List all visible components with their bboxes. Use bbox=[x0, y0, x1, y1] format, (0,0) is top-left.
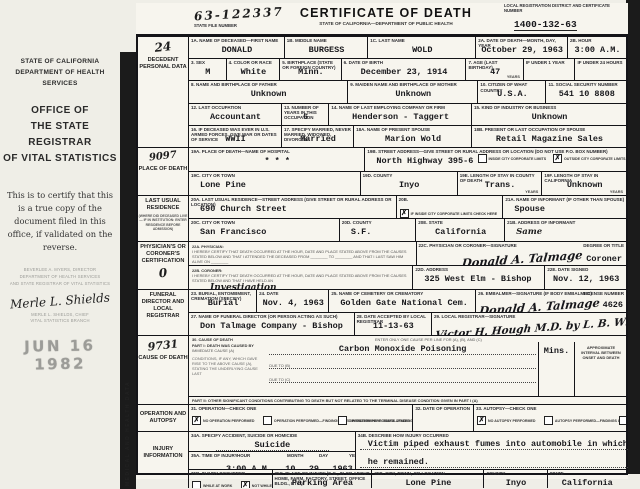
field-embalmer: 26. EMBALMER—SIGNATURE (IF BODY EMBALMED… bbox=[475, 290, 626, 312]
stub-injury-information-label: INJURY INFORMATION bbox=[143, 446, 182, 459]
autopsy-findings-used-label: AUTOPSY PERFORMED—FINDINGS USED IN DETER… bbox=[555, 419, 611, 423]
row-death-place: 19A. PLACE OF DEATH—NAME OF HOSPITAL* * … bbox=[189, 148, 626, 171]
stub-decedent: 24 DECEDENT PERSONAL DATA bbox=[138, 37, 189, 147]
field-label: 34B. DESCRIBE HOW INJURY OCCURRED bbox=[358, 433, 631, 438]
field-label: 19D. COUNTY bbox=[363, 173, 456, 178]
field-armed-forces: 16. IF DECEASED WAS EVER IN U.S. ARMED F… bbox=[189, 126, 281, 147]
field-label: 18A. NAME OF PRESENT SPOUSE bbox=[356, 127, 470, 132]
stub-certification: PHYSICIAN'S OR CORONER'S CERTIFICATION 0 bbox=[138, 242, 189, 289]
field-label: 20B. bbox=[399, 197, 502, 202]
field-value: WOLD bbox=[371, 45, 473, 55]
inside-city-checkbox-label: INSIDE CITY CORPORATE LIMITS bbox=[489, 157, 545, 161]
while-at-work-checkbox bbox=[192, 481, 201, 488]
chief-line1: MERLE L. SHIELDS, CHIEF bbox=[31, 312, 89, 317]
field-label: IF UNDER 24 HOURS bbox=[577, 60, 625, 65]
field-local-registrar-signature: 29. LOCAL REGISTRAR—SIGNATUREVictor H. H… bbox=[431, 313, 626, 335]
field-burial-date: 24. DATENov. 4, 1963 bbox=[256, 290, 328, 312]
field-value: San Francisco bbox=[192, 227, 337, 237]
stub-residence-note: (WHERE DID DECEASED LIVE — IF IN INSTITU… bbox=[138, 214, 188, 232]
field-date-of-death: 2A. DATE OF DEATH—MONTH, DAY, YEAROctobe… bbox=[475, 37, 567, 58]
field-middle-name: 1B. MIDDLE NAMEBURGESS bbox=[284, 37, 368, 58]
field-value: Inyo bbox=[487, 478, 544, 488]
field-informant-address: 21B. ADDRESS OF INFORMANTSame bbox=[504, 219, 626, 241]
field-value: DONALD bbox=[192, 45, 282, 55]
field-injury-county: COUNTYInyo bbox=[483, 470, 546, 488]
year-value: 1963 bbox=[332, 464, 352, 469]
field-label: 20A. LAST USUAL RESIDENCE—STREET ADDRESS… bbox=[191, 197, 395, 207]
registration-number-box: LOCAL REGISTRATION DISTRICT AND CERTIFIC… bbox=[504, 4, 624, 32]
row-occupation: 12. LAST OCCUPATIONAccountant 13. NUMBER… bbox=[189, 103, 626, 125]
stub-injury-information: INJURY INFORMATION bbox=[138, 432, 189, 488]
field-hospital: 19A. PLACE OF DEATH—NAME OF HOSPITAL* * … bbox=[189, 148, 364, 171]
field-describe-injury: 34B. DESCRIBE HOW INJURY OCCURRED Victim… bbox=[356, 432, 632, 469]
field-label: 35B. INJURY OCCURRED bbox=[191, 471, 271, 476]
field-date-of-birth: 6. DATE OF BIRTHDecember 23, 1914 bbox=[341, 59, 466, 80]
section-operation-autopsy: OPERATION AND AUTOPSY 31. OPERATION—CHEC… bbox=[138, 404, 626, 431]
field-value: M bbox=[192, 67, 224, 77]
field-label: 21B. ADDRESS OF INFORMANT bbox=[507, 220, 625, 225]
state-file-number-value: 63-122337 bbox=[194, 5, 284, 24]
row-operation-autopsy: 31. OPERATION—CHECK ONE ✗NO OPERATION PE… bbox=[189, 405, 626, 431]
field-label: 2B. HOUR bbox=[570, 38, 625, 43]
field-autopsy: 33. AUTOPSY—CHECK ONE ✗NO AUTOPSY PERFOR… bbox=[473, 405, 626, 431]
stub-funeral-director: FUNERAL DIRECTOR AND LOCAL REGISTRAR bbox=[138, 290, 189, 335]
field-marital-status: 17. SPECIFY MARRIED, NEVER MARRIED, WIDO… bbox=[281, 126, 353, 147]
field-label: 34A. SPECIFY ACCIDENT, SUICIDE OR HOMICI… bbox=[191, 433, 354, 438]
section-last-usual-residence: LAST USUAL RESIDENCE (WHERE DID DECEASED… bbox=[138, 195, 626, 241]
section-cause-of-death: 9731 CAUSE OF DEATH 30. CAUSE OF DEATH E… bbox=[138, 335, 626, 404]
hour-value: 3:00 A.M. bbox=[226, 464, 272, 469]
outside-city-checkbox-label: OUTSIDE CITY CORPORATE LIMITS bbox=[564, 157, 620, 161]
field-hour-of-death: 2B. HOUR3:00 A.M. bbox=[567, 37, 626, 58]
field-label: 12. LAST OCCUPATION bbox=[191, 105, 280, 110]
no-autopsy-label: NO AUTOPSY PERFORMED bbox=[488, 419, 535, 423]
injury-left: 34A. SPECIFY ACCIDENT, SUICIDE OR HOMICI… bbox=[189, 432, 356, 469]
field-label: 24. DATE bbox=[259, 291, 327, 296]
field-label: 3. SEX bbox=[191, 60, 225, 65]
row-residence-city: 20C. CITY OR TOWNSan Francisco 20D. COUN… bbox=[189, 218, 626, 241]
field-label: 10. CITIZEN OF WHAT COUNTRY bbox=[480, 82, 544, 92]
field-label: 27. NAME OF FUNERAL DIRECTOR (OR PERSON … bbox=[191, 314, 353, 319]
not-while-at-work-label: NOT WHILE AT WORK bbox=[252, 484, 272, 488]
field-value: Marion Wold bbox=[357, 134, 469, 144]
registration-number-value: 1400-132-63 bbox=[514, 19, 577, 31]
field-label: 22D. ADDRESS bbox=[415, 267, 543, 272]
row-marital: 16. IF DECEASED WAS EVER IN U.S. ARMED F… bbox=[189, 125, 626, 147]
row-residence-street: 20A. LAST USUAL RESIDENCE—STREET ADDRESS… bbox=[189, 196, 626, 218]
field-label: 32. DATE OF OPERATION bbox=[415, 406, 472, 411]
handwritten-code-9097: 9097 bbox=[137, 148, 188, 166]
field-value: Accountant bbox=[192, 112, 279, 122]
res-inside-city-checkbox: ✗ bbox=[400, 209, 409, 218]
form-subtitle: STATE OF CALIFORNIA—DEPARTMENT OF PUBLIC… bbox=[286, 21, 486, 26]
stub-place-of-death-label: PLACE OF DEATH bbox=[139, 166, 188, 172]
state-file-number-label: STATE FILE NUMBER bbox=[194, 24, 284, 29]
field-label: 5. BIRTHPLACE (STATE OR FOREIGN COUNTRY) bbox=[282, 60, 339, 70]
office-line1: OFFICE OF bbox=[31, 105, 89, 116]
describe-injury-line2: he remained. bbox=[360, 457, 628, 468]
degree-title-value: Coroner bbox=[586, 254, 622, 264]
director-line3: AND STATE REGISTRAR OF VITAL STATISTICS bbox=[10, 281, 110, 286]
while-at-work-label: WHILE AT WORK bbox=[203, 484, 232, 488]
field-cemetery: 25. NAME OF CEMETERY OR CREMATORYGolden … bbox=[328, 290, 475, 312]
field-label: 4. COLOR OR RACE bbox=[229, 60, 279, 65]
field-accident-suicide-homicide: 34A. SPECIFY ACCIDENT, SUICIDE OR HOMICI… bbox=[189, 432, 355, 451]
stub-place-of-death: 9097 PLACE OF DEATH bbox=[138, 148, 189, 195]
stub-cause-of-death-label: CAUSE OF DEATH bbox=[138, 355, 187, 361]
field-value: Unknown bbox=[475, 112, 624, 122]
field-employer: 14. NAME OF LAST EMPLOYING COMPANY OR FI… bbox=[328, 104, 471, 125]
certificate-sheet: 63-122337 STATE FILE NUMBER CERTIFICATE … bbox=[136, 3, 628, 479]
section-decedent-personal-data: 24 DECEDENT PERSONAL DATA 1A. NAME OF DE… bbox=[138, 36, 626, 147]
field-label: 16. IF DECEASED WAS EVER IN U.S. ARMED F… bbox=[191, 127, 280, 143]
field-stay-in-county: 19E. LENGTH OF STAY IN COUNTY OF DEATHTr… bbox=[457, 172, 542, 195]
license-number-value: 4626 bbox=[603, 300, 623, 310]
coroner-statement-text: I HEREBY CERTIFY THAT DEATH OCCURRED AT … bbox=[192, 273, 410, 283]
field-value: California bbox=[551, 478, 624, 488]
row-death-city: 19C. CITY OR TOWNLone Pine 19D. COUNTYIn… bbox=[189, 171, 626, 195]
field-physician-statement: 22A. PHYSICIAN: I HEREBY CERTIFY THAT DE… bbox=[189, 242, 416, 265]
field-value: Henderson - Taggert bbox=[332, 112, 469, 122]
field-coroner-statement: 22B. CORONER: I HEREBY CERTIFY THAT DEAT… bbox=[189, 266, 412, 289]
field-label: 21A. NAME OF INFORMANT (IF OTHER THAN SP… bbox=[505, 197, 625, 202]
field-label: 19F. LENGTH OF STAY IN CALIFORNIA bbox=[544, 173, 625, 183]
field-label: 17. SPECIFY MARRIED, NEVER MARRIED, WIDO… bbox=[284, 127, 352, 143]
director-lines: BEVERLEE A. MYERS, DIRECTOR DEPARTMENT O… bbox=[0, 267, 120, 287]
describe-injury-line1: Victim piped exhaust fumes into automobi… bbox=[360, 439, 628, 450]
operation-findings-used-checkbox bbox=[263, 416, 272, 425]
due-to-b-label: DUE TO (B) bbox=[269, 363, 536, 369]
due-to-c-label: DUE TO (C) bbox=[269, 377, 536, 383]
chief-line2: VITAL STATISTICS BRANCH bbox=[30, 318, 89, 323]
chief-lines: MERLE L. SHIELDS, CHIEF VITAL STATISTICS… bbox=[0, 312, 120, 325]
field-label: 11. SOCIAL SECURITY NUMBER bbox=[548, 82, 625, 87]
interval-value: Mins. bbox=[539, 346, 574, 356]
field-label: IF UNDER 1 YEAR bbox=[526, 60, 574, 65]
field-label: 18B. PRESENT OR LAST OCCUPATION OF SPOUS… bbox=[474, 127, 625, 132]
field-label: 19A. PLACE OF DEATH—NAME OF HOSPITAL bbox=[191, 149, 363, 154]
field-label: 20E. STATE bbox=[418, 220, 503, 225]
field-value: Lone Pine bbox=[192, 180, 358, 190]
field-spouse-occupation: 18B. PRESENT OR LAST OCCUPATION OF SPOUS… bbox=[471, 126, 626, 147]
field-label: 9. MAIDEN NAME AND BIRTHPLACE OF MOTHER bbox=[350, 82, 476, 87]
registration-number-label: LOCAL REGISTRATION DISTRICT AND CERTIFIC… bbox=[504, 4, 624, 14]
no-operation-checkbox: ✗ bbox=[192, 416, 201, 425]
field-injury-city: 35D. CITY, TOWN, OR LOCATIONLone Pine bbox=[371, 470, 483, 488]
field-injury-occurred: 35B. INJURY OCCURRED WHILE AT WORK ✗NOT … bbox=[189, 470, 272, 488]
field-industry: 15. KIND OF INDUSTRY OR BUSINESSUnknown bbox=[471, 104, 626, 125]
registrar-chief-signature: Merle L. Shields bbox=[0, 289, 120, 311]
field-stay-in-california: 19F. LENGTH OF STAY IN CALIFORNIAUnknown… bbox=[541, 172, 626, 195]
field-label: 1B. MIDDLE NAME bbox=[287, 38, 367, 43]
field-residence-street: 20A. LAST USUAL RESIDENCE—STREET ADDRESS… bbox=[189, 196, 396, 218]
dept-line2: DEPARTMENT OF HEALTH SERVICES bbox=[15, 69, 104, 87]
cause-part1-labels: PART I: DEATH WAS CAUSED BY IMMEDIATE CA… bbox=[189, 342, 267, 396]
director-line2: DEPARTMENT OF HEALTH SERVICES bbox=[20, 274, 101, 279]
field-if-under-24-hours: IF UNDER 24 HOURS bbox=[574, 59, 626, 80]
field-value: Retail Magazine Sales bbox=[475, 134, 624, 144]
field-value: Spouse bbox=[506, 204, 624, 214]
stub-residence: LAST USUAL RESIDENCE (WHERE DID DECEASED… bbox=[138, 196, 189, 241]
field-first-name: 1A. NAME OF DECEASED—FIRST NAMEDONALD bbox=[189, 37, 284, 58]
field-residence-state: 20E. STATECalifornia bbox=[415, 219, 504, 241]
no-operation-label: NO OPERATION PERFORMED bbox=[203, 419, 254, 423]
handwritten-code-9731: 9731 bbox=[137, 336, 188, 355]
field-value: Unknown bbox=[192, 89, 345, 99]
field-funeral-director-name: 27. NAME OF FUNERAL DIRECTOR (OR PERSON … bbox=[189, 313, 354, 335]
no-autopsy-checkbox: ✗ bbox=[477, 416, 486, 425]
interval-label: APPROXIMATE INTERVAL BETWEEN ONSET AND D… bbox=[577, 345, 625, 360]
row-parents: 8. NAME AND BIRTHPLACE OF FATHERUnknown … bbox=[189, 80, 626, 102]
field-value: * * * bbox=[192, 156, 362, 166]
field-label: 22E. DATE SIGNED bbox=[547, 267, 625, 272]
field-value: Unknown bbox=[351, 89, 475, 99]
edge-vertical-label: MEDICAL AND HEALTH DATA bbox=[125, 336, 131, 486]
field-race: 4. COLOR OR RACEWhite bbox=[226, 59, 280, 80]
cause-body: PART I: DEATH WAS CAUSED BY IMMEDIATE CA… bbox=[189, 342, 626, 396]
field-value: Suicide bbox=[216, 440, 329, 451]
office-line2: THE STATE REGISTRAR bbox=[28, 121, 91, 148]
injury-top: 34A. SPECIFY ACCIDENT, SUICIDE OR HOMICI… bbox=[189, 432, 626, 469]
field-citizen: 10. CITIZEN OF WHAT COUNTRYU.S.A. bbox=[477, 81, 545, 102]
autopsy-findings-used-checkbox bbox=[544, 416, 553, 425]
field-label: 31. OPERATION—CHECK ONE bbox=[191, 406, 411, 411]
field-coroner-signature: 22C. PHYSICIAN OR CORONER—SIGNATURE DEGR… bbox=[416, 242, 626, 265]
field-residence-county: 20D. COUNTYS.F. bbox=[339, 219, 415, 241]
field-informant-name: 21A. NAME OF INFORMANT (IF OTHER THAN SP… bbox=[502, 196, 626, 218]
field-label: 13. NUMBER OF YEARS IN THIS OCCUPATION bbox=[284, 105, 327, 121]
field-value: 3:00 A.M. bbox=[571, 45, 624, 55]
field-date-signed: 22E. DATE SIGNEDNov. 12, 1963 bbox=[544, 266, 626, 289]
certify-text: This is to certify that this is a true c… bbox=[6, 189, 114, 253]
office-line3: OF VITAL STATISTICS bbox=[3, 153, 117, 164]
field-value: 325 West Elm - Bishop bbox=[416, 274, 542, 284]
field-ssn: 11. SOCIAL SECURITY NUMBER541 10 8808 bbox=[545, 81, 626, 102]
field-coroner-address: 22D. ADDRESS325 West Elm - Bishop bbox=[412, 266, 544, 289]
row-birth: 3. SEXM 4. COLOR OR RACEWhite 5. BIRTHPL… bbox=[189, 58, 626, 80]
field-years-occupation: 13. NUMBER OF YEARS IN THIS OCCUPATION6 bbox=[281, 104, 328, 125]
handwritten-code-0: 0 bbox=[137, 263, 188, 283]
field-operation: 31. OPERATION—CHECK ONE ✗NO OPERATION PE… bbox=[189, 405, 412, 431]
interval-value-col: Mins. bbox=[538, 342, 574, 396]
field-value: Same bbox=[508, 227, 624, 237]
res-inside-city-label: IF INSIDE CITY CORPORATE LIMITS CHECK HE… bbox=[411, 212, 467, 216]
field-label: 19E. LENGTH OF STAY IN COUNTY OF DEATH bbox=[460, 173, 541, 183]
autopsy-findings-not-used-checkbox bbox=[619, 416, 626, 425]
stub-certification-label: PHYSICIAN'S OR CORONER'S CERTIFICATION bbox=[140, 244, 185, 264]
field-last-name: 1C. LAST NAMEWOLD bbox=[367, 37, 475, 58]
field-value: December 23, 1914 bbox=[345, 67, 464, 77]
field-date-accepted: 28. DATE ACCEPTED BY LOCAL REGISTRAR11-1… bbox=[354, 313, 431, 335]
field-value: Nov. 12, 1963 bbox=[548, 274, 624, 284]
part2-label: PART II: OTHER SIGNIFICANT CONDITIONS CO… bbox=[192, 398, 624, 403]
physician-statement-text: I HEREBY CERTIFY THAT DEATH OCCURRED AT … bbox=[192, 249, 414, 264]
field-label: 15. KIND OF INDUSTRY OR BUSINESS bbox=[474, 105, 625, 110]
investigation-entry: Investigation bbox=[210, 283, 410, 289]
field-label: 8. NAME AND BIRTHPLACE OF FATHER bbox=[191, 82, 346, 87]
day-value: 29 bbox=[309, 464, 319, 469]
form-title: CERTIFICATE OF DEATH bbox=[286, 6, 486, 20]
unit-label: YEARS bbox=[610, 190, 623, 194]
field-value: Nov. 4, 1963 bbox=[260, 298, 326, 308]
field-label: 14. NAME OF LAST EMPLOYING COMPANY OR FI… bbox=[331, 105, 470, 110]
field-value: Don Talmage Company - Bishop bbox=[192, 321, 352, 331]
field-label: 2A. DATE OF DEATH—MONTH, DAY, YEAR bbox=[478, 38, 566, 48]
field-label: 23. BURIAL, ENTOMBMENT, CREMATION (SPECI… bbox=[191, 291, 255, 301]
field-label: COUNTY bbox=[486, 471, 545, 476]
not-while-at-work-checkbox: ✗ bbox=[241, 481, 250, 488]
field-sex: 3. SEXM bbox=[189, 59, 226, 80]
field-value: 541 10 8808 bbox=[549, 89, 624, 99]
section-certification: PHYSICIAN'S OR CORONER'S CERTIFICATION 0… bbox=[138, 241, 626, 289]
interval-label-col: APPROXIMATE INTERVAL BETWEEN ONSET AND D… bbox=[574, 342, 626, 396]
scan-shadow-right bbox=[626, 0, 640, 474]
field-age: 7. AGE (LAST BIRTHDAY)47YEARS bbox=[465, 59, 522, 80]
field-value: S.F. bbox=[343, 227, 413, 237]
form-header: 63-122337 STATE FILE NUMBER CERTIFICATE … bbox=[136, 3, 628, 34]
immediate-cause-value: Carbon Monoxide Poisoning bbox=[269, 344, 536, 355]
cause-part2: PART II: OTHER SIGNIFICANT CONDITIONS CO… bbox=[189, 396, 626, 404]
state-file-number: 63-122337 STATE FILE NUMBER bbox=[194, 5, 284, 29]
outside-city-checkbox: ✗ bbox=[553, 154, 562, 163]
field-label: 20D. COUNTY bbox=[342, 220, 414, 225]
field-label: 35D. CITY, TOWN, OR LOCATION bbox=[374, 471, 482, 476]
field-injury-state: STATECalifornia bbox=[547, 470, 626, 488]
field-value: Lone Pine bbox=[375, 478, 481, 488]
row-name: 1A. NAME OF DECEASED—FIRST NAMEDONALD 1B… bbox=[189, 37, 626, 58]
conditions-label: CONDITIONS, IF ANY, WHICH GAVE RISE TO T… bbox=[192, 356, 266, 376]
field-place-of-injury: 35C. PLACE OF INJURY (E.G., IN OR ABOUT … bbox=[272, 470, 372, 488]
inside-city-checkbox bbox=[478, 154, 487, 163]
operation-findings-not-used-label: OPERATION PERFORMED—FINDINGS NOT USED IN… bbox=[349, 419, 405, 423]
stub-cause-of-death: 9731 CAUSE OF DEATH bbox=[138, 336, 189, 404]
embalmer-signature: Donald A. Talmage bbox=[478, 296, 594, 312]
section-funeral-director: FUNERAL DIRECTOR AND LOCAL REGISTRAR 23.… bbox=[138, 289, 626, 335]
field-label: 6. DATE OF BIRTH bbox=[344, 60, 465, 65]
field-burial-type: 23. BURIAL, ENTOMBMENT, CREMATION (SPECI… bbox=[189, 290, 256, 312]
cause-lines: Carbon Monoxide Poisoning DUE TO (B) DUE… bbox=[267, 342, 538, 396]
field-label: 28. DATE ACCEPTED BY LOCAL REGISTRAR bbox=[357, 314, 430, 324]
year-label: YEAR bbox=[349, 453, 354, 458]
field-value: Golden Gate National Cem. bbox=[332, 298, 473, 308]
handwritten-code-24: 24 bbox=[137, 37, 188, 57]
row-physician-certify: 22A. PHYSICIAN: I HEREBY CERTIFY THAT DE… bbox=[189, 242, 626, 265]
stub-decedent-label: DECEDENT PERSONAL DATA bbox=[139, 57, 186, 70]
immediate-cause-label: IMMEDIATE CAUSE (A) bbox=[192, 348, 266, 353]
dept-heading: STATE OF CALIFORNIA DEPARTMENT OF HEALTH… bbox=[0, 56, 120, 89]
field-value: Inyo bbox=[364, 180, 455, 190]
age-unit-label: YEARS bbox=[507, 75, 520, 79]
field-label: 35C. PLACE OF INJURY (E.G., IN OR ABOUT … bbox=[275, 471, 371, 487]
office-heading: OFFICE OF THE STATE REGISTRAR OF VITAL S… bbox=[0, 103, 120, 167]
field-label: 20C. CITY OR TOWN bbox=[191, 220, 338, 225]
form-title-block: CERTIFICATE OF DEATH STATE OF CALIFORNIA… bbox=[286, 6, 486, 26]
field-value: California bbox=[419, 227, 502, 237]
field-death-county: 19D. COUNTYInyo bbox=[360, 172, 457, 195]
stub-funeral-director-label: FUNERAL DIRECTOR AND LOCAL REGISTRAR bbox=[142, 292, 185, 319]
field-time-of-injury: 35A. TIME OF INJURY HOUR MONTH DAY YEAR … bbox=[189, 451, 355, 469]
row-burial: 23. BURIAL, ENTOMBMENT, CREMATION (SPECI… bbox=[189, 290, 626, 312]
field-label: 33. AUTOPSY—CHECK ONE bbox=[476, 406, 625, 411]
field-label: 1C. LAST NAME bbox=[370, 38, 474, 43]
operation-findings-not-used-checkbox bbox=[338, 416, 347, 425]
field-label: 25. NAME OF CEMETERY OR CREMATORY bbox=[331, 291, 474, 296]
field-residence-city-limits: 20B. ✗IF INSIDE CITY CORPORATE LIMITS CH… bbox=[396, 196, 503, 218]
field-mother: 9. MAIDEN NAME AND BIRTHPLACE OF MOTHERU… bbox=[347, 81, 477, 102]
row-injury-place: 35B. INJURY OCCURRED WHILE AT WORK ✗NOT … bbox=[189, 469, 626, 488]
field-last-occupation: 12. LAST OCCUPATIONAccountant bbox=[189, 104, 281, 125]
field-spouse-name: 18A. NAME OF PRESENT SPOUSEMarion Wold bbox=[353, 126, 471, 147]
operation-findings-used-label: OPERATION PERFORMED—FINDINGS USED IN DET… bbox=[274, 419, 330, 423]
stub-operation-autopsy: OPERATION AND AUTOPSY bbox=[138, 405, 189, 431]
month-value: 10 bbox=[285, 464, 295, 469]
field-father: 8. NAME AND BIRTHPLACE OF FATHERUnknown bbox=[189, 81, 347, 102]
form-grid: MEDICAL AND HEALTH DATA 24 DECEDENT PERS… bbox=[136, 34, 628, 475]
field-label: 7. AGE (LAST BIRTHDAY) bbox=[468, 60, 521, 70]
field-death-street-address: 19B. STREET ADDRESS—GIVE STREET OR RURAL… bbox=[364, 148, 626, 171]
row-funeral-director: 27. NAME OF FUNERAL DIRECTOR (OR PERSON … bbox=[189, 312, 626, 335]
date-received-stamp: JUN 16 1982 bbox=[0, 336, 120, 374]
unit-label: YEARS bbox=[525, 190, 538, 194]
field-death-city: 19C. CITY OR TOWNLone Pine bbox=[189, 172, 360, 195]
director-line1: BEVERLEE A. MYERS, DIRECTOR bbox=[24, 267, 97, 272]
section-injury-information: INJURY INFORMATION 34A. SPECIFY ACCIDENT… bbox=[138, 431, 626, 488]
field-residence-city: 20C. CITY OR TOWNSan Francisco bbox=[189, 219, 339, 241]
dept-line1: STATE OF CALIFORNIA bbox=[21, 58, 100, 65]
section-place-of-death: 9097 PLACE OF DEATH 19A. PLACE OF DEATH—… bbox=[138, 147, 626, 195]
row-coroner-certify: 22B. CORONER: I HEREBY CERTIFY THAT DEAT… bbox=[189, 265, 626, 289]
field-operation-date: 32. DATE OF OPERATION bbox=[412, 405, 473, 431]
field-value: White bbox=[230, 67, 278, 77]
field-if-under-1-year: IF UNDER 1 YEAR bbox=[523, 59, 575, 80]
field-label: STATE bbox=[550, 471, 625, 476]
stub-residence-label: LAST USUAL RESIDENCE bbox=[145, 198, 180, 211]
field-label: 19C. CITY OR TOWN bbox=[191, 173, 359, 178]
field-birthplace: 5. BIRTHPLACE (STATE OR FOREIGN COUNTRY)… bbox=[279, 59, 340, 80]
stub-operation-autopsy-label: OPERATION AND AUTOPSY bbox=[140, 411, 186, 424]
field-label: 1A. NAME OF DECEASED—FIRST NAME bbox=[191, 38, 283, 43]
left-certification-panel: STATE OF CALIFORNIA DEPARTMENT OF HEALTH… bbox=[0, 50, 120, 373]
field-value: BURGESS bbox=[288, 45, 366, 55]
